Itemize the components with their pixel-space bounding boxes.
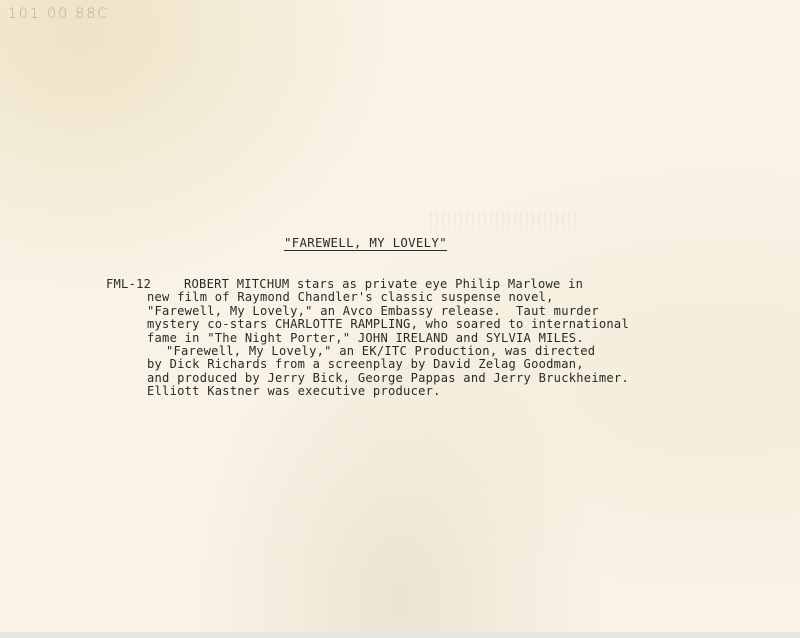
caption-line: Elliott Kastner was executive producer. — [106, 385, 746, 398]
document-title: "FAREWELL, MY LOVELY" — [284, 235, 447, 250]
pencil-archive-code: 101 00 88C — [8, 6, 109, 22]
caption-text: Elliott Kastner was executive producer. — [147, 384, 441, 398]
caption-line: "Farewell, My Lovely," an EK/ITC Product… — [106, 345, 746, 358]
scan-bottom-edge — [0, 632, 800, 638]
caption-line: FML-12ROBERT MITCHUM stars as private ey… — [106, 278, 746, 291]
caption-line: new film of Raymond Chandler's classic s… — [106, 291, 746, 304]
caption-text: "Farewell, My Lovely," an Avco Embassy r… — [147, 304, 599, 318]
caption-line: and produced by Jerry Bick, George Pappa… — [106, 372, 746, 385]
caption-block: FML-12ROBERT MITCHUM stars as private ey… — [106, 278, 746, 399]
caption-text: new film of Raymond Chandler's classic s… — [147, 290, 554, 304]
reference-number: FML-12 — [106, 278, 184, 291]
photo-back-paper: 101 00 88C "FAREWELL, MY LOVELY" FML-12R… — [0, 0, 800, 632]
caption-line: mystery co-stars CHARLOTTE RAMPLING, who… — [106, 318, 746, 331]
caption-text: ROBERT MITCHUM stars as private eye Phil… — [184, 277, 583, 291]
ink-smudge — [430, 212, 580, 236]
caption-text: and produced by Jerry Bick, George Pappa… — [147, 371, 629, 385]
caption-text: fame in "The Night Porter," JOHN IRELAND… — [147, 331, 584, 345]
caption-text: by Dick Richards from a screenplay by Da… — [147, 357, 584, 371]
caption-line: "Farewell, My Lovely," an Avco Embassy r… — [106, 305, 746, 318]
caption-text: "Farewell, My Lovely," an EK/ITC Product… — [166, 344, 595, 358]
caption-text: mystery co-stars CHARLOTTE RAMPLING, who… — [147, 317, 629, 331]
caption-line: fame in "The Night Porter," JOHN IRELAND… — [106, 332, 746, 345]
caption-line: by Dick Richards from a screenplay by Da… — [106, 358, 746, 371]
